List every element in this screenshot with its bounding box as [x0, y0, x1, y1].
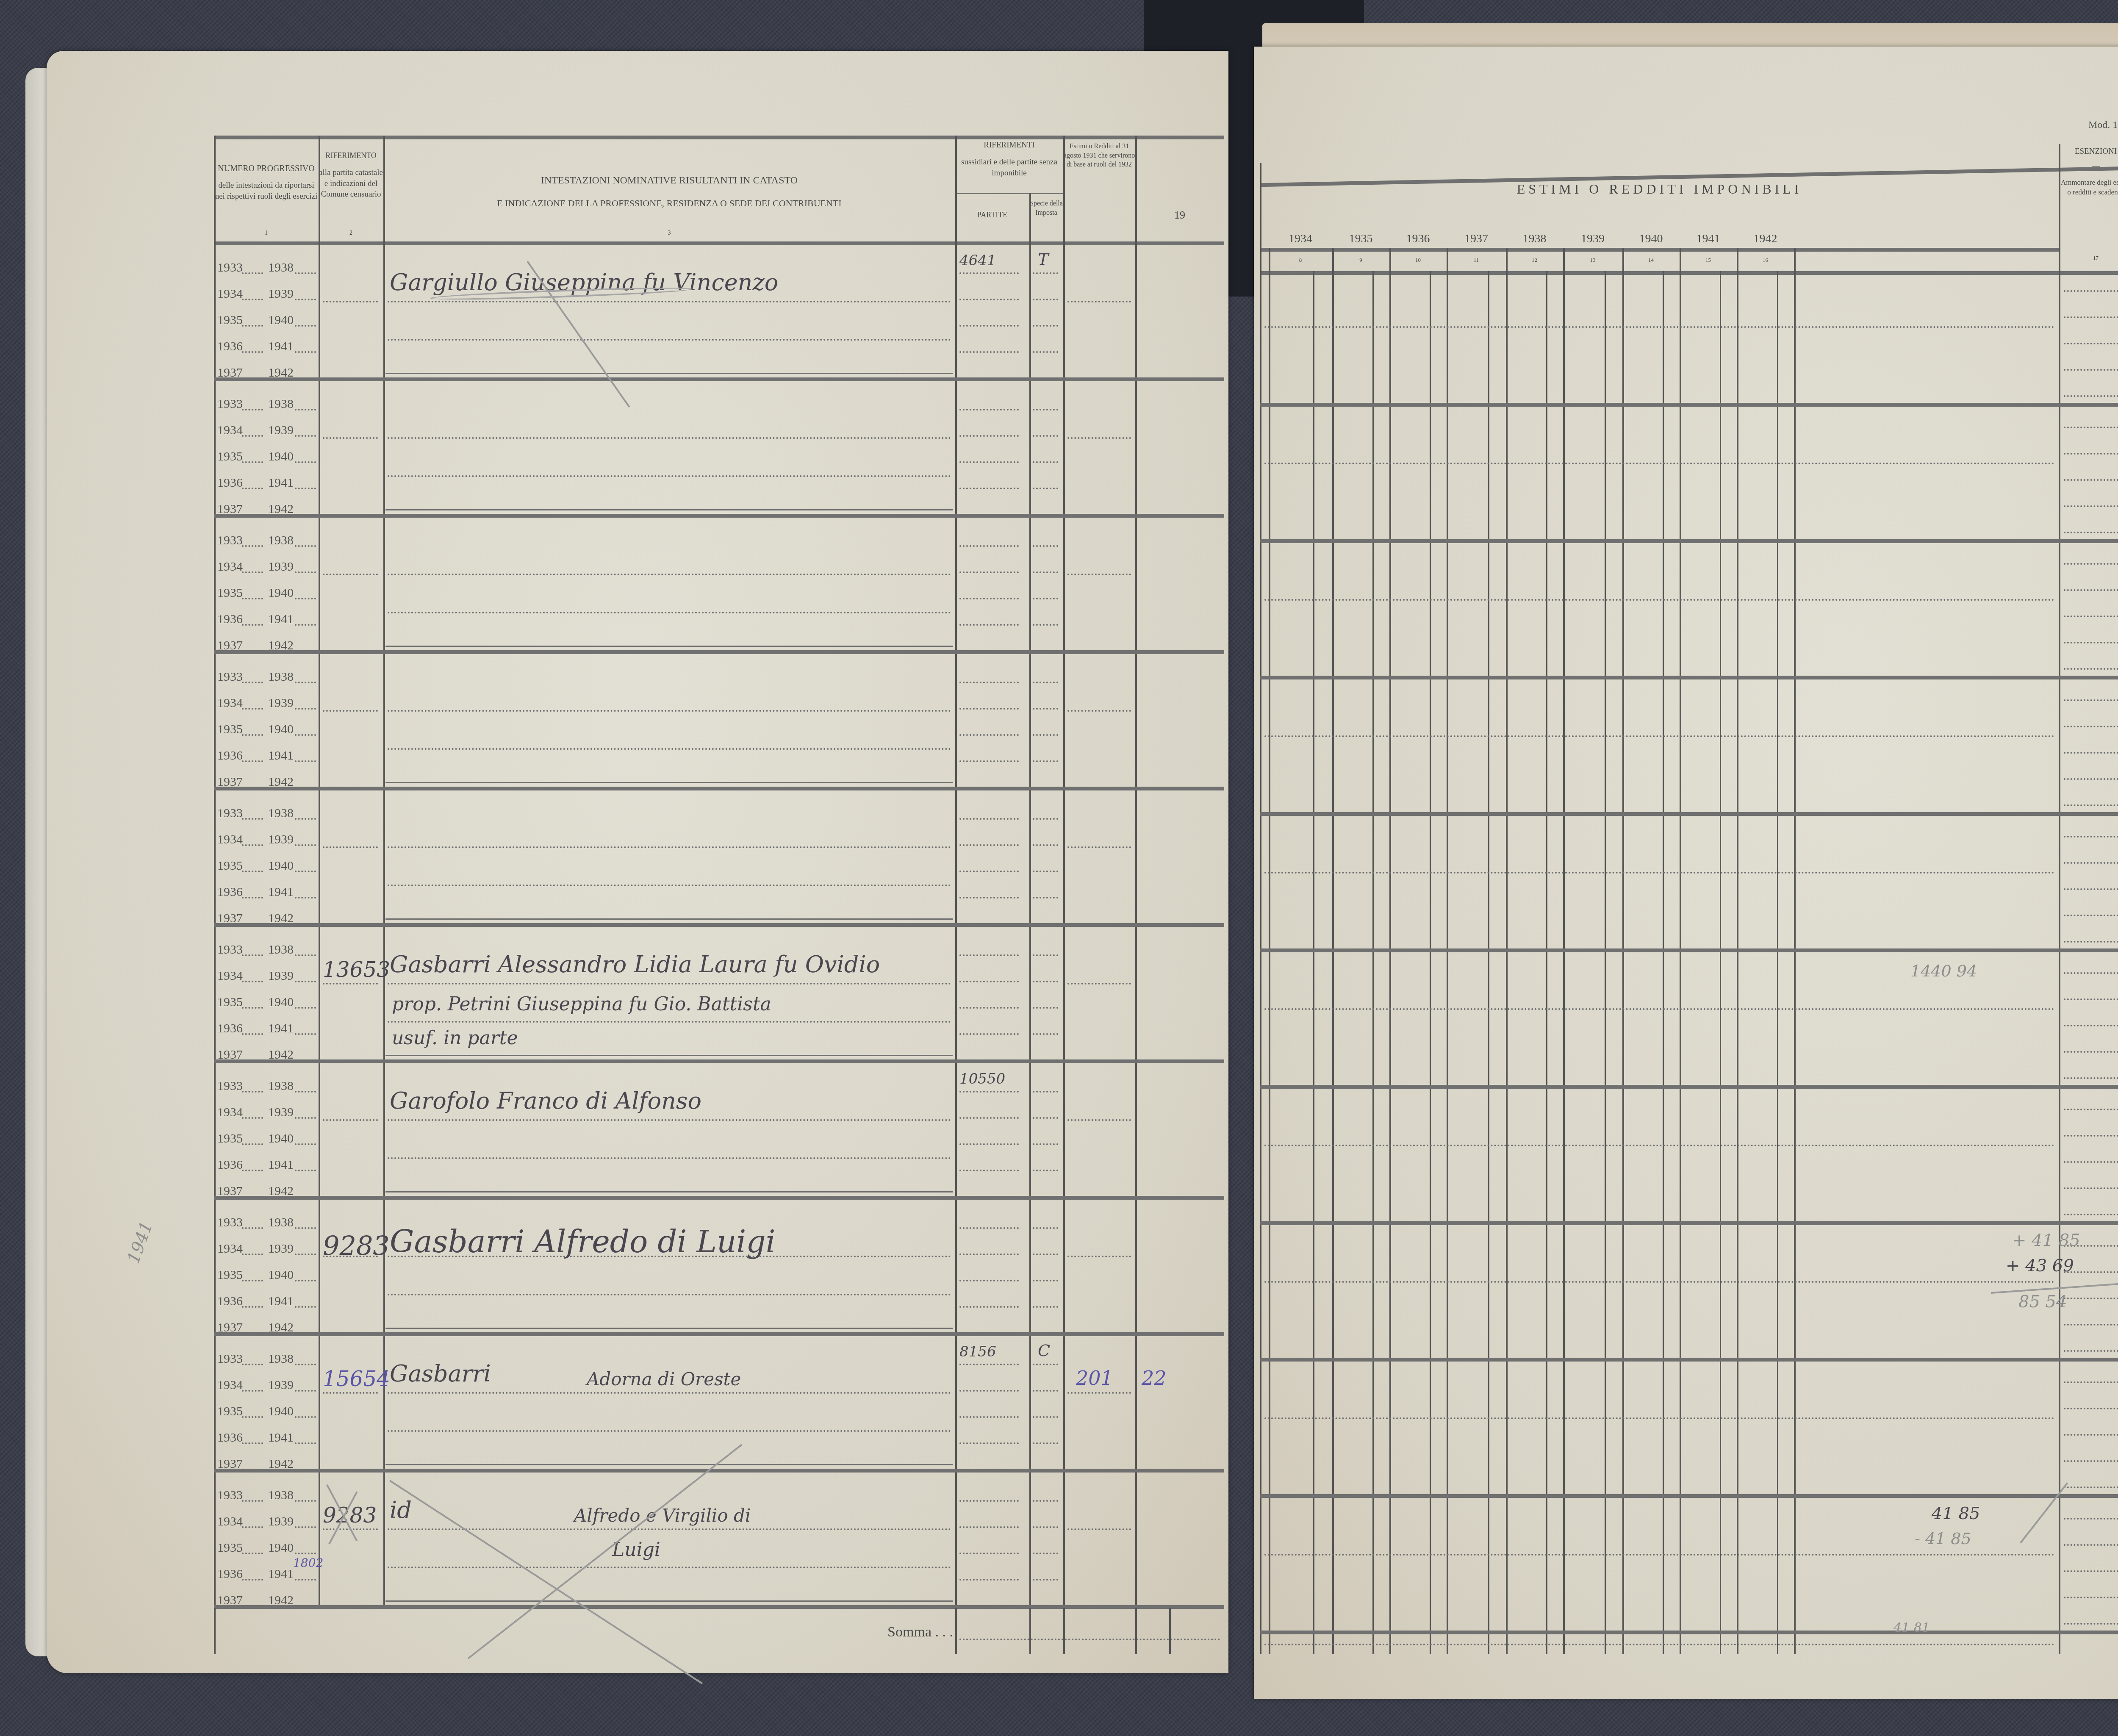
specie-dotted-line	[1033, 1390, 1058, 1392]
name-dotted-line	[388, 1119, 951, 1121]
cents-subcolumn-rule	[1430, 271, 1431, 1654]
left-column-rule	[319, 136, 320, 1608]
specie-dotted-line	[1033, 514, 1058, 516]
year-label: 1933	[217, 261, 243, 275]
year-dotted-line	[295, 1253, 316, 1255]
year-dotted-line	[295, 1117, 316, 1119]
cents-subcolumn-rule	[1313, 271, 1314, 1654]
year-label: 1936	[217, 1158, 243, 1172]
ledger-entry-name: Gasbarri	[390, 1360, 491, 1387]
year-dotted-line	[295, 1469, 316, 1470]
name-dotted-line	[388, 301, 951, 302]
year-label: 1942	[268, 911, 294, 926]
year-label: 1942	[268, 1320, 294, 1335]
name-bottom-line	[385, 509, 953, 510]
year-label: 1936	[217, 339, 243, 354]
year-dotted-line	[242, 1442, 263, 1444]
cents-subcolumn-rule	[1372, 271, 1374, 1654]
esenzioni-dotted-line	[2064, 778, 2118, 780]
year-label: 1941	[268, 1567, 294, 1581]
entry-separator-rule	[214, 514, 1224, 518]
year-label: 1934	[217, 423, 243, 438]
estimi-dotted-line	[1067, 1528, 1131, 1530]
year-dotted-line	[242, 923, 263, 925]
year-dotted-line	[295, 1553, 316, 1554]
specie-dotted-line	[1033, 1033, 1058, 1035]
ledger-entry-side-number: 1802	[293, 1556, 323, 1570]
footer-total-label: Somma . . .	[826, 1622, 953, 1642]
estimi-dotted-line	[1067, 574, 1131, 575]
right-dotted-line	[1264, 1145, 2054, 1146]
year-dotted-line	[295, 818, 316, 820]
entry-separator-rule	[214, 1196, 1224, 1200]
year-label: 1939	[268, 832, 294, 847]
year-label: 1937	[217, 1048, 243, 1062]
year-dotted-line	[295, 1364, 316, 1365]
year-dotted-line	[242, 545, 263, 547]
year-label: 1935	[217, 995, 243, 1009]
year-dotted-line	[295, 1306, 316, 1308]
year-dotted-line	[295, 1007, 316, 1009]
partite-dotted-line	[959, 299, 1019, 300]
year-label: 1940	[268, 722, 294, 737]
partite-dotted-line	[959, 844, 1019, 846]
year-dotted-line	[242, 488, 263, 489]
name-dotted-line	[388, 574, 951, 575]
esenzioni-dotted-line	[2064, 395, 2118, 397]
year-dotted-line	[242, 844, 263, 846]
specie-dotted-line	[1033, 734, 1058, 736]
year-label: 1940	[268, 1131, 294, 1146]
partite-dotted-line	[959, 818, 1019, 820]
esenzioni-dotted-line	[2064, 915, 2118, 916]
specie-dotted-line	[1033, 650, 1058, 652]
right-header-bottom-rule	[1260, 271, 2118, 275]
year-dotted-line	[242, 409, 263, 410]
year-column-number: 13	[1563, 256, 1622, 264]
esenzioni-column-number: 17	[2059, 254, 2118, 262]
year-dotted-line	[242, 1500, 263, 1502]
esenzioni-dotted-line	[2064, 1161, 2118, 1163]
year-label: 1934	[217, 1378, 243, 1392]
esenzioni-dotted-line	[2064, 290, 2118, 292]
specie-dotted-line	[1033, 1553, 1058, 1554]
ledger-entry-name: Gasbarri Alfredo di Luigi	[390, 1224, 776, 1259]
specie-dotted-line	[1033, 1500, 1058, 1502]
year-label: 1933	[217, 1215, 243, 1230]
right-entry-separator-rule	[1260, 539, 2118, 543]
handwritten-amount: + 43 69	[2006, 1256, 2074, 1276]
specie-dotted-line	[1033, 1091, 1058, 1093]
name-dotted-line	[388, 1567, 951, 1568]
specie-dotted-line	[1033, 844, 1058, 846]
year-dotted-line	[295, 1091, 316, 1093]
partite-dotted-line	[959, 325, 1019, 327]
ledger-entry-name-line3: usuf. in parte	[392, 1027, 518, 1049]
specie-dotted-line	[1033, 981, 1058, 982]
name-dotted-line	[388, 475, 951, 477]
estimi-dotted-line	[1067, 846, 1131, 848]
partite-dotted-line	[959, 1170, 1019, 1171]
footer-left-rule	[214, 1608, 216, 1654]
year-label: 1941	[268, 885, 294, 899]
name-dotted-line	[388, 983, 951, 984]
partite-dotted-line	[959, 514, 1019, 516]
year-label: 1936	[217, 749, 243, 763]
year-dotted-line	[242, 1579, 263, 1581]
year-column-header: 1938	[1506, 231, 1563, 247]
right-column-rule	[2059, 144, 2060, 1654]
year-label: 1939	[268, 696, 294, 710]
ledger-entry-specie: T	[1038, 250, 1048, 269]
column-header-sub-col45: sussidiari e delle partite senza imponib…	[955, 157, 1063, 178]
right-entry-separator-rule	[1260, 1494, 2118, 1498]
year-dotted-line	[242, 818, 263, 820]
specie-dotted-line	[1033, 435, 1058, 437]
specie-dotted-line	[1033, 545, 1058, 547]
year-dotted-line	[295, 1442, 316, 1444]
ledger-entry-estimi: 201	[1076, 1367, 1113, 1389]
year-label: 1936	[217, 1431, 243, 1445]
entry-separator-rule	[214, 1605, 1224, 1609]
name-dotted-line	[388, 612, 951, 613]
estimi-dotted-line	[1067, 710, 1131, 712]
handwritten-amount: 41 81	[1893, 1620, 1930, 1635]
year-dotted-line	[242, 1033, 263, 1035]
estimi-dotted-line	[1067, 301, 1131, 302]
year-column-header: 1942	[1737, 231, 1794, 247]
column-number-col3: 3	[383, 230, 955, 238]
year-label: 1941	[268, 1294, 294, 1309]
estimi-dotted-line	[1067, 1392, 1131, 1394]
name-bottom-line	[385, 1055, 953, 1056]
year-column-number: 9	[1332, 256, 1389, 264]
estimi-dotted-line	[1067, 1119, 1131, 1121]
year-label: 1938	[268, 261, 294, 275]
esenzioni-dotted-line	[2064, 316, 2118, 318]
ledger-entry-ref-number: 13653	[323, 957, 390, 982]
year-label: 1941	[268, 476, 294, 490]
handwritten-amount: - 41 85	[1915, 1529, 1971, 1548]
esenzioni-dotted-line	[2064, 1109, 2118, 1110]
year-dotted-line	[295, 871, 316, 872]
year-label: 1942	[268, 775, 294, 789]
left-column-rule	[1063, 136, 1065, 1608]
right-dotted-line	[1264, 463, 2054, 464]
year-dotted-line	[242, 871, 263, 872]
year-dotted-line	[295, 1605, 316, 1607]
partite-dotted-line	[959, 734, 1019, 736]
ledger-entry-partite: 10550	[959, 1070, 1005, 1087]
partite-dotted-line	[959, 377, 1019, 379]
year-dotted-line	[295, 1500, 316, 1502]
esenzioni-dotted-line	[2064, 862, 2118, 864]
year-dotted-line	[242, 1227, 263, 1229]
specie-dotted-line	[1033, 571, 1058, 573]
ref-dotted-line	[323, 710, 378, 712]
ledger-entry-ref-number: 15654	[323, 1367, 390, 1391]
year-column-header: 1941	[1680, 231, 1737, 247]
specie-dotted-line	[1033, 923, 1058, 925]
entry-separator-rule	[214, 923, 1224, 927]
footer-column-rule	[1063, 1608, 1065, 1654]
right-dotted-line	[1264, 1008, 2054, 1010]
specie-dotted-line	[1033, 1605, 1058, 1607]
year-label: 1938	[268, 1488, 294, 1503]
specie-dotted-line	[1033, 708, 1058, 710]
handwritten-amount: 1440 94	[1910, 962, 1977, 980]
esenzioni-dotted-line	[2064, 668, 2118, 670]
specie-dotted-line	[1033, 1332, 1058, 1334]
partite-dotted-line	[959, 1526, 1019, 1528]
partite-dotted-line	[959, 871, 1019, 872]
esenzioni-subheader: Ammontare degli estimi o redditi e scade…	[2059, 178, 2118, 197]
ledger-entry-specie: C	[1038, 1341, 1050, 1360]
name-dotted-line	[388, 437, 951, 439]
year-label: 1938	[268, 533, 294, 548]
partite-dotted-line	[959, 1500, 1019, 1502]
year-label: 1935	[217, 449, 243, 464]
specie-dotted-line	[1033, 409, 1058, 410]
cents-subcolumn-rule	[1720, 271, 1721, 1654]
partite-dotted-line	[959, 923, 1019, 925]
year-label: 1942	[268, 1457, 294, 1471]
ledger-entry-given-name: Adorna di Oreste	[587, 1369, 741, 1389]
year-column-header: 1940	[1622, 231, 1680, 247]
name-bottom-line	[385, 918, 953, 920]
year-label: 1935	[217, 1541, 243, 1555]
partite-dotted-line	[959, 1390, 1019, 1392]
ref-dotted-line	[323, 1392, 378, 1394]
partite-dotted-line	[959, 1442, 1019, 1444]
ledger-entry-name: id	[390, 1497, 412, 1523]
partite-dotted-line	[959, 461, 1019, 463]
form-identifier: Mod. 111 - Imposte Dirette (Intercalare)…	[2088, 119, 2118, 131]
name-dotted-line	[388, 339, 951, 341]
year-label: 1933	[217, 533, 243, 548]
year-label: 1937	[217, 1457, 243, 1471]
name-dotted-line	[388, 885, 951, 886]
partite-dotted-line	[959, 1033, 1019, 1035]
ref-dotted-line	[323, 574, 378, 575]
right-dotted-line	[1264, 735, 2054, 737]
specie-dotted-line	[1033, 1416, 1058, 1418]
specie-dotted-line	[1033, 1579, 1058, 1581]
year-label: 1941	[268, 339, 294, 354]
year-dotted-line	[295, 1390, 316, 1392]
esenzioni-dotted-line	[2064, 1597, 2118, 1598]
year-dotted-line	[242, 1416, 263, 1418]
year-label: 1939	[268, 1514, 294, 1529]
partite-dotted-line	[959, 1579, 1019, 1581]
year-label: 1934	[217, 287, 243, 301]
year-dotted-line	[242, 650, 263, 652]
right-dotted-line	[1264, 872, 2054, 874]
esenzioni-dotted-line	[2064, 453, 2118, 455]
year-dotted-line	[242, 734, 263, 736]
specie-dotted-line	[1033, 624, 1058, 626]
year-dotted-line	[242, 981, 263, 982]
partite-dotted-line	[959, 954, 1019, 956]
column-header-col2: RIFERIMENTO	[319, 150, 383, 161]
specie-dotted-line	[1033, 1007, 1058, 1009]
name-dotted-line	[388, 846, 951, 848]
partite-dotted-line	[959, 1007, 1019, 1009]
year-dotted-line	[242, 1059, 263, 1061]
column-number-col1: 1	[214, 230, 319, 238]
right-years-top-rule	[1260, 248, 2059, 252]
specie-dotted-line	[1033, 760, 1058, 762]
estimi-dotted-line	[1067, 437, 1131, 439]
right-entry-separator-rule	[1260, 948, 2118, 952]
partite-dotted-line	[959, 708, 1019, 710]
year-label: 1936	[217, 885, 243, 899]
year-label: 1939	[268, 1105, 294, 1120]
year-dotted-line	[242, 760, 263, 762]
entry-separator-rule	[214, 1332, 1224, 1336]
year-dotted-line	[295, 1059, 316, 1061]
right-left-rule	[1260, 163, 1261, 1654]
year-label: 1940	[268, 449, 294, 464]
year-label: 1940	[268, 995, 294, 1009]
ledger-entry-ref-number: 9283	[323, 1230, 390, 1261]
year-dotted-line	[242, 514, 263, 516]
year-label: 1936	[217, 612, 243, 627]
esenzioni-dotted-line	[2064, 941, 2118, 943]
year-dotted-line	[295, 377, 316, 379]
partite-dotted-line	[959, 760, 1019, 762]
partite-dotted-line	[959, 1117, 1019, 1119]
name-dotted-line	[388, 1528, 951, 1530]
column-header-sub-col3: E INDICAZIONE DELLA PROFESSIONE, RESIDEN…	[383, 197, 955, 210]
year-dotted-line	[295, 325, 316, 327]
esenzioni-dotted-line	[2064, 1486, 2118, 1488]
year-label: 1942	[268, 502, 294, 516]
year-label: 1938	[268, 1215, 294, 1230]
name-bottom-line	[385, 1464, 953, 1465]
esenzioni-dotted-line	[2064, 1544, 2118, 1546]
year-label: 1941	[268, 612, 294, 627]
year-label: 1935	[217, 1131, 243, 1146]
ledger-entry-partite: 4641	[959, 252, 996, 269]
year-dotted-line	[242, 1364, 263, 1365]
ledger-entry-given-name: Alfredo e Virgilio di	[574, 1505, 751, 1526]
year-dotted-line	[295, 844, 316, 846]
year-dotted-line	[295, 435, 316, 437]
partite-dotted-line	[959, 1469, 1019, 1470]
year-column-number: 8	[1269, 256, 1332, 264]
partite-dotted-line	[959, 650, 1019, 652]
entry-separator-rule	[214, 1469, 1224, 1473]
year-dotted-line	[295, 624, 316, 626]
year-dotted-line	[295, 682, 316, 683]
specie-dotted-line	[1033, 1170, 1058, 1171]
year-dotted-line	[242, 435, 263, 437]
year-dotted-line	[242, 682, 263, 683]
year-label: 1937	[217, 911, 243, 926]
year-label: 1937	[217, 775, 243, 789]
year-dotted-line	[295, 787, 316, 788]
year-dotted-line	[295, 760, 316, 762]
year-column-number: 12	[1506, 256, 1563, 264]
year-dotted-line	[295, 1143, 316, 1145]
year-dotted-line	[242, 461, 263, 463]
year-column-header: 1934	[1269, 231, 1332, 247]
year-label: 1934	[217, 560, 243, 574]
esenzioni-dotted-line	[2064, 505, 2118, 507]
year-label: 1939	[268, 1378, 294, 1392]
esenzioni-dotted-line	[2064, 998, 2118, 1000]
ledger-entry-name-line2: Luigi	[612, 1539, 660, 1561]
partite-dotted-line	[959, 1143, 1019, 1145]
year-label: 1933	[217, 1488, 243, 1503]
ref-dotted-line	[323, 301, 378, 302]
esenzioni-dotted-line	[2064, 1518, 2118, 1520]
specie-dotted-line	[1033, 1280, 1058, 1281]
column-header-col45: RIFERIMENTI	[955, 140, 1063, 151]
year-label: 1933	[217, 397, 243, 411]
year-label: 1942	[268, 1048, 294, 1062]
partite-dotted-line	[959, 1196, 1019, 1198]
entry-separator-rule	[214, 377, 1224, 381]
estimi-dotted-line	[1067, 1256, 1131, 1257]
name-dotted-line	[388, 748, 951, 750]
right-dotted-line	[1264, 1417, 2054, 1419]
right-entry-separator-rule	[1260, 812, 2118, 816]
specie-dotted-line	[1033, 1253, 1058, 1255]
year-dotted-line	[242, 954, 263, 956]
esenzioni-dotted-line	[2064, 972, 2118, 974]
right-footer-total-line	[1264, 1644, 2054, 1645]
specie-dotted-line	[1033, 1143, 1058, 1145]
specie-dotted-line	[1033, 818, 1058, 820]
esenzioni-dotted-line	[2064, 1570, 2118, 1572]
cents-subcolumn-rule	[1777, 271, 1778, 1654]
cents-subcolumn-rule	[1546, 271, 1547, 1654]
specie-dotted-line	[1033, 1117, 1058, 1119]
year-label: 1937	[217, 1320, 243, 1335]
year-dotted-line	[242, 1170, 263, 1171]
year-dotted-line	[242, 1280, 263, 1281]
esenzioni-dotted-line	[2064, 1408, 2118, 1409]
column-header-sub-col2: alla partita catastale e indicazioni del…	[319, 167, 383, 200]
column-header-sub-col1: delle intestazioni da riportarsi nei ris…	[214, 180, 319, 202]
specie-dotted-line	[1033, 377, 1058, 379]
year-label: 1933	[217, 670, 243, 684]
year-label: 1934	[217, 832, 243, 847]
esenzioni-dotted-line	[2064, 1460, 2118, 1462]
esenzioni-dotted-line	[2064, 1051, 2118, 1053]
esenzioni-dotted-line	[2064, 888, 2118, 890]
year-label: 1936	[217, 476, 243, 490]
year-dotted-line	[242, 1253, 263, 1255]
year-label: 1938	[268, 806, 294, 821]
year-column-number: 15	[1680, 256, 1737, 264]
esenzioni-dotted-line	[2064, 752, 2118, 754]
year-dotted-line	[295, 1170, 316, 1171]
partite-dotted-line	[959, 598, 1019, 599]
year-label: 1941	[268, 1021, 294, 1036]
esenzioni-dash: —	[2059, 161, 2118, 172]
partite-dotted-line	[959, 1253, 1019, 1255]
year-label: 1938	[268, 670, 294, 684]
year-label: 1933	[217, 943, 243, 957]
year-dotted-line	[295, 272, 316, 274]
specie-dotted-line	[1033, 897, 1058, 899]
year-label: 1940	[268, 859, 294, 873]
partite-dotted-line	[959, 1091, 1019, 1093]
specie-dotted-line	[1033, 1526, 1058, 1528]
